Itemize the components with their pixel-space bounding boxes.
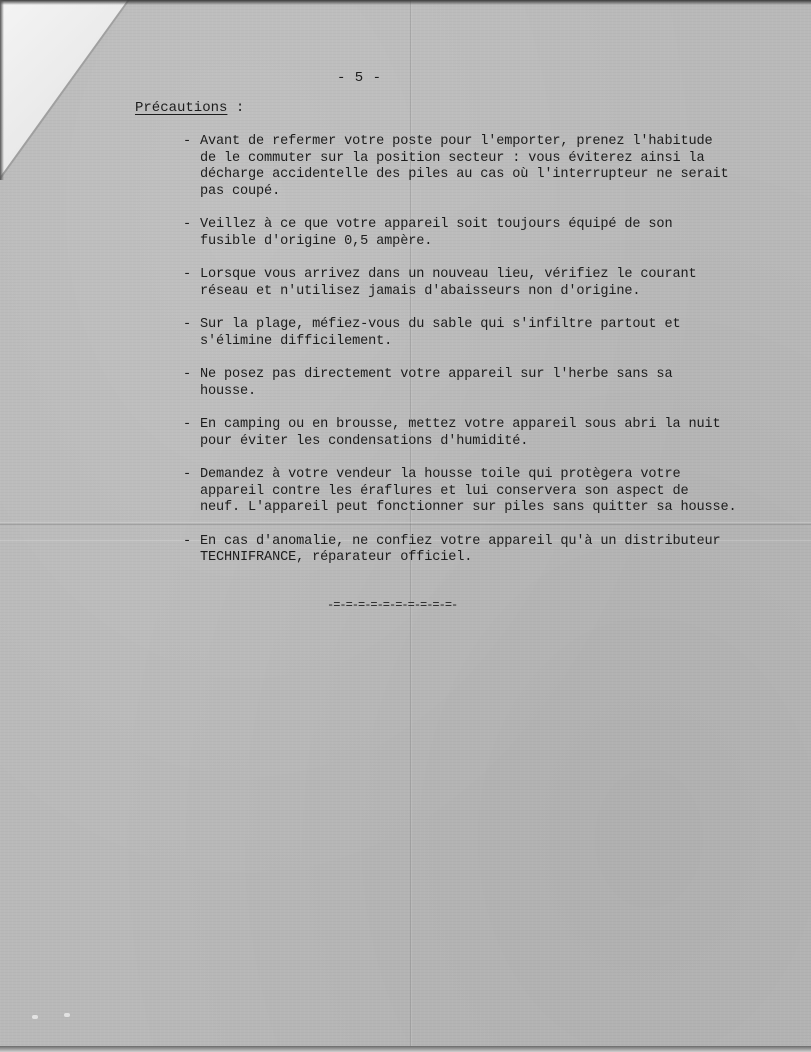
paper-speck [32,1015,38,1019]
precaution-text-line: Sur la plage, méfiez-vous du sable qui s… [200,317,783,334]
page-number: - 5 - [337,70,382,86]
precaution-item: -En camping ou en brousse, mettez votre … [183,417,783,450]
precaution-text-line: housse. [200,384,783,401]
document-page: - 5 - Précautions : -Avant de refermer v… [0,0,811,1048]
bullet-dash: - [183,317,191,334]
precaution-text-line: Demandez à votre vendeur la housse toile… [200,467,783,484]
section-title-colon: : [227,100,244,116]
precaution-item: -Ne posez pas directement votre appareil… [183,367,783,400]
bullet-dash: - [183,467,191,484]
precaution-text-line: En cas d'anomalie, ne confiez votre appa… [200,534,783,551]
precaution-text-line: décharge accidentelle des piles au cas o… [200,167,783,184]
precaution-text-line: pour éviter les condensations d'humidité… [200,434,783,451]
precaution-text-line: Lorsque vous arrivez dans un nouveau lie… [200,267,783,284]
bullet-dash: - [183,367,191,384]
precaution-text-line: pas coupé. [200,184,783,201]
precaution-item: -Sur la plage, méfiez-vous du sable qui … [183,317,783,350]
bullet-dash: - [183,417,191,434]
scan-top-shadow [0,0,811,5]
page-bottom-edge [0,1046,811,1052]
precaution-item: -Veillez à ce que votre appareil soit to… [183,217,783,250]
precaution-item: -Avant de refermer votre poste pour l'em… [183,134,783,200]
precaution-text-line: s'élimine difficilement. [200,334,783,351]
precaution-text-line: réseau et n'utilisez jamais d'abaisseurs… [200,284,783,301]
precautions-list: -Avant de refermer votre poste pour l'em… [183,134,783,584]
precaution-item: -En cas d'anomalie, ne confiez votre app… [183,534,783,567]
bullet-dash: - [183,217,191,234]
precaution-item: -Demandez à votre vendeur la housse toil… [183,467,783,517]
section-title-text: Précautions [135,100,227,116]
bullet-dash: - [183,134,191,151]
bullet-dash: - [183,534,191,551]
precaution-text-line: En camping ou en brousse, mettez votre a… [200,417,783,434]
precaution-text-line: Veillez à ce que votre appareil soit tou… [200,217,783,234]
end-separator: -=-=-=-=-=-=-=-=-=-=- [327,598,457,612]
precaution-text-line: fusible d'origine 0,5 ampère. [200,234,783,251]
scan-left-shadow [0,0,4,180]
bullet-dash: - [183,267,191,284]
precaution-text-line: Ne posez pas directement votre appareil … [200,367,783,384]
precaution-item: -Lorsque vous arrivez dans un nouveau li… [183,267,783,300]
precaution-text-line: neuf. L'appareil peut fonctionner sur pi… [200,500,783,517]
section-title: Précautions : [135,100,244,116]
precaution-text-line: appareil contre les éraflures et lui con… [200,484,783,501]
precaution-text-line: TECHNIFRANCE, réparateur officiel. [200,550,783,567]
precaution-text-line: de le commuter sur la position secteur :… [200,151,783,168]
paper-speck [64,1013,70,1017]
precaution-text-line: Avant de refermer votre poste pour l'emp… [200,134,783,151]
